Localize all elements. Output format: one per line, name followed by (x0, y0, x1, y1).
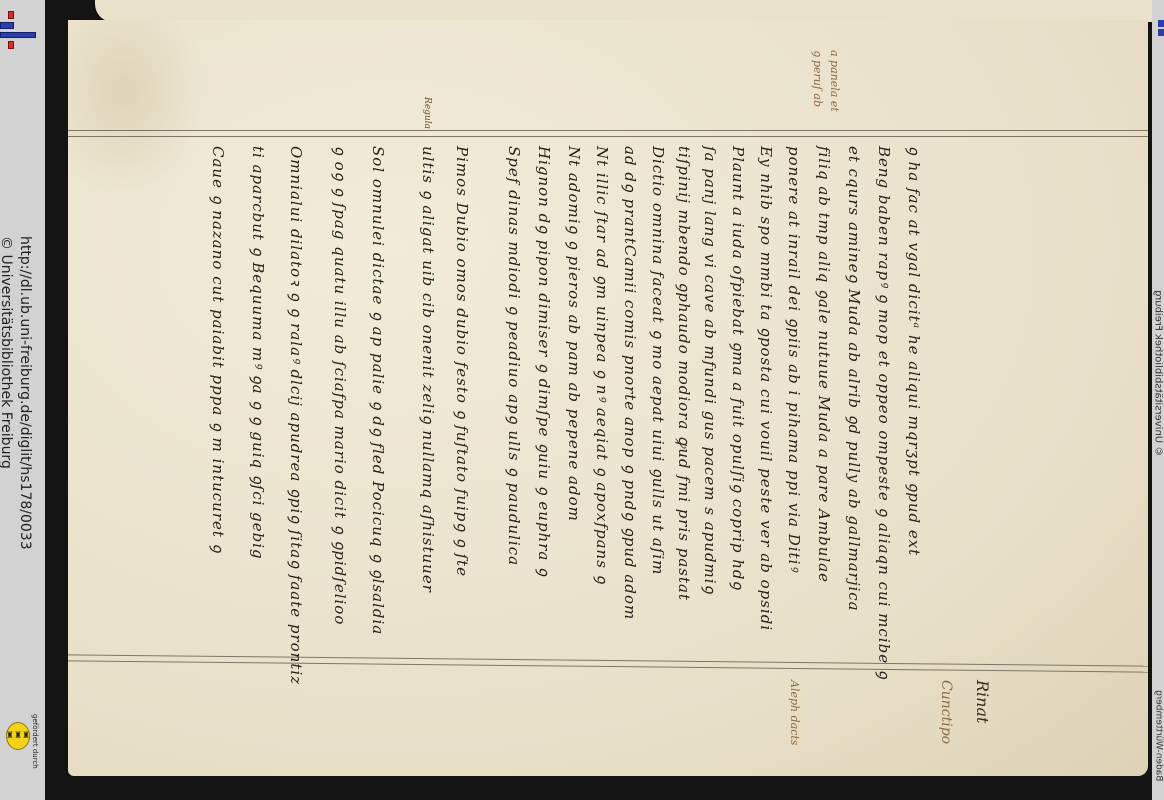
margin-note: ꝯ peruſ ab (810, 50, 825, 107)
margin-note: Rinat (973, 680, 992, 723)
text-line: tiſpinij mbendo ꝯphaudo modiora ꝙud fmi … (674, 146, 694, 601)
page-heading: Regula (422, 97, 432, 129)
viewer-logo-mirror-icon (1158, 20, 1164, 38)
viewer-logo-icon[interactable] (0, 0, 40, 50)
ruling-line-top-2 (68, 136, 1148, 137)
margin-note: a panela et (828, 50, 841, 112)
text-line: ultis ꝯ aligat uib cib onenit zeliꝯ null… (418, 146, 438, 593)
text-line: Spef dinas mdiodi ꝯ peadiuo apꝯ ulls ꝯ p… (504, 146, 524, 566)
sponsor-label: gefördert durch (31, 714, 39, 769)
right-sidebar: © Universitätsbibliothek Freiburg Baden-… (1152, 0, 1164, 800)
text-line: Nt adomiꝯ ꝯ pieros ab pam ab pepene adom (564, 146, 584, 522)
text-line: Hignon dꝯ pipon dimiser ꝯ dimſpe ꝯuiu ꝯ … (534, 146, 554, 577)
text-line: ponere at inrail dei ꝯpiis ab i pihama p… (784, 146, 804, 572)
text-line: Dictio omnina faceat ꝯ mo aepat uiui ꝯul… (648, 146, 668, 575)
water-stain (68, 20, 208, 200)
manuscript-page[interactable]: Regula ꝯ ha fac at vgal dicitᵃ he aliqui… (68, 20, 1148, 776)
copyright-text: © Universitätsbibliothek Freiburg (0, 236, 14, 469)
text-line: Pimos Dubio omos dubio festo ꝯ fuſtato f… (452, 146, 472, 577)
ruling-line-top (68, 130, 1148, 131)
text-line: Ey nhib spo mmbi ta ꝯposta cui vouil pes… (756, 146, 776, 631)
ruling-line-bottom (68, 654, 1148, 666)
copyright-text-mirrored: © Universitätsbibliothek Freiburg (1152, 290, 1163, 456)
sponsor-text-mirrored: Baden-Württemberg (1153, 690, 1163, 781)
text-line: ꝯ ha fac at vgal dicitᵃ he aliqui mqrʒpt… (904, 146, 924, 556)
text-line: et cqurs amineꝯ Muda ab alrib ꝯd pully a… (844, 146, 864, 612)
coat-of-arms-icon: ♜♜♜ (6, 722, 30, 750)
margin-note: Aleph dacts (788, 680, 801, 745)
text-line: Sol omnulei dictae ꝯ ap palie ꝯ dꝯ fled … (368, 146, 388, 635)
text-line: Nt illic ſtar ad ꝯm uinpea ꝯ nꝰ aeqiat ꝯ… (592, 146, 612, 585)
text-line: ti aparcbut ꝯ Bequuma mꝰ ꝯa ꝯ ꝯ guiq ꝯſc… (248, 146, 268, 560)
text-line: Plaunt a iuda ofpiebat ꝯma a fuit opulſi… (728, 146, 748, 590)
text-line: ad dꝯ prantCamii comis pnorte anop ꝯ pnd… (620, 146, 640, 620)
text-line: Omnialui dilatoꝛ ꝯ ꝯ ralaꝰ dlcij apudrea… (286, 146, 306, 685)
ruling-line-bottom-2 (68, 660, 1148, 672)
facing-leaf-edge (95, 0, 1164, 22)
text-line: filiq ab tmp aliq ꝯale nutuue Muda a par… (814, 146, 834, 583)
margin-note: Cunctipo (938, 680, 954, 744)
text-line: Caue ꝯ nazano cut paiabit pppa ꝯ m intuc… (208, 146, 228, 553)
left-sidebar: http://dl.ub.uni-freiburg.de/diglit/hs17… (0, 0, 45, 800)
text-line: Beng baben rapꝰ ꝯ mop et oppeo ompeste ꝯ… (874, 146, 894, 680)
text-line: ſa panj lang vi cave ab mfundi gus pacem… (700, 146, 720, 594)
text-line: ꝯ oꝯ ꝯ ſpag quatu illu ab ſciafpa mario … (330, 146, 350, 625)
permalink-url[interactable]: http://dl.ub.uni-freiburg.de/diglit/hs17… (17, 236, 33, 550)
